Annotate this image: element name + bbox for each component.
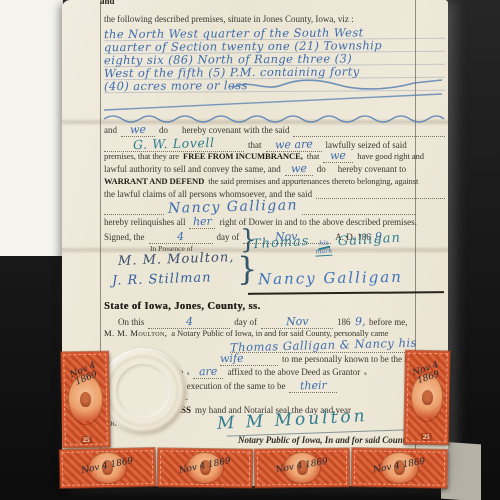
- background-light-area: [0, 0, 63, 256]
- revenue-stamp-left-vertical: Nov 4 1869 25: [61, 352, 110, 448]
- premises-intro-line: the following described premises, situat…: [104, 14, 354, 24]
- handwritten-are: are: [199, 365, 218, 378]
- relinquish-pre: hereby relinquishes all: [104, 217, 185, 227]
- covenant-line-4: lawful authority to sell and convey the …: [104, 162, 445, 176]
- witness-1-name: M. M. Moulton,: [118, 250, 235, 269]
- revenue-stamp-bottom-4: Nov 4 1869: [352, 448, 448, 488]
- witness-signature-2: J. R. Stillman: [112, 272, 212, 287]
- that-word-2: that: [307, 151, 320, 161]
- stamp-denomination: 25: [421, 433, 432, 441]
- grantor-1-first: Thomas: [252, 234, 310, 252]
- handwritten-we-3: we: [291, 162, 307, 175]
- revenue-stamp-bottom-2: Nov 4 1869: [158, 448, 253, 487]
- embossed-notary-seal: [100, 348, 186, 434]
- notary-name: M. M. Moulton,: [104, 328, 167, 338]
- grantor-2-signature: Nancy Galligan: [258, 269, 403, 287]
- premises-intro-text: the following described premises, situat…: [104, 14, 354, 24]
- covenant-line-5: WARRANT AND DEFEND the said premises and…: [104, 176, 445, 186]
- fill-blank: we: [285, 162, 313, 176]
- fill-blank: 4: [148, 315, 230, 329]
- before-me: before me,: [369, 317, 407, 327]
- do-word: do: [159, 125, 168, 135]
- handwritten-her: her: [193, 215, 212, 228]
- premises-text: premises, that they are: [104, 151, 179, 161]
- fill-blank: are: [193, 365, 223, 379]
- handwritten-their: their: [300, 379, 327, 393]
- covenant-line-3: premises, that they are FREE FROM INCUMB…: [104, 149, 445, 163]
- grantor-1-signature: Thomas his mark Galligan: [252, 231, 401, 258]
- dower-name-handwritten: Nancy Galligan: [168, 197, 298, 216]
- revenue-stamp-bottom-3: Nov 4 1869: [255, 449, 349, 488]
- authority-text: lawful authority to sell and convey the …: [104, 164, 281, 174]
- grantor-1-last: Galligan: [337, 231, 401, 250]
- seal-inner-ring: [116, 364, 170, 418]
- free-from-incumbrance: FREE FROM INCUMBRANCE,: [183, 151, 303, 161]
- state-county-line: State of Iowa, Jones, County, ss.: [104, 301, 260, 312]
- covenant-line-1: and we do hereby covenant with the said: [104, 123, 445, 137]
- handwritten-wife: wife: [220, 352, 244, 366]
- fill-blank: Nov: [261, 315, 333, 329]
- plural-s-3: s: [364, 371, 366, 377]
- on-this-line: On this 4 day of Nov 186 9, before me,: [118, 315, 445, 329]
- covenant-line-7: hereby relinquishes all her right of Dow…: [104, 215, 445, 229]
- fill-blank: her: [189, 215, 215, 229]
- fill-blank: we: [323, 149, 353, 163]
- mark-word: mark: [315, 248, 333, 257]
- good-right-text: have good right and: [357, 151, 424, 161]
- revenue-stamp-right-vertical: Nov 4 1869 25: [404, 351, 450, 445]
- handwritten-we: we: [130, 123, 146, 136]
- stamp-portrait-head: [80, 391, 91, 406]
- stamp-portrait-head: [421, 389, 432, 404]
- year-pre: 186: [337, 317, 351, 327]
- do-word-2: do: [317, 164, 326, 174]
- cut-off-text-fragment: and: [100, 0, 115, 6]
- deed-document: and the following described premises, si…: [62, 0, 448, 486]
- witness-2-name: J. R. Stillman: [112, 270, 212, 288]
- notary-title-line: Notary Public of Iowa, In and for said C…: [238, 435, 411, 445]
- ink-flourish: [104, 82, 445, 124]
- notary-signature: M M Moulton: [217, 410, 368, 430]
- plural-s-2: s: [187, 371, 189, 377]
- state-county-text: State of Iowa, Jones, County, ss.: [104, 301, 260, 312]
- warrant-and-defend: WARRANT AND DEFEND: [104, 176, 204, 186]
- covenant-text: hereby covenant with the said: [182, 125, 289, 135]
- witness-signature-1: M. M. Moulton,: [118, 252, 234, 267]
- photo-of-deed: and the following described premises, si…: [0, 0, 500, 500]
- notary-signature-text: M M Moulton: [217, 406, 369, 434]
- revenue-stamp-bottom-1: Nov 4 1869: [60, 448, 156, 488]
- and-word: and: [104, 125, 117, 135]
- fill-blank: we: [121, 123, 155, 137]
- day-of-2: day of: [234, 317, 257, 327]
- day-of: day of: [217, 232, 240, 242]
- handwritten-we-2: we: [330, 149, 346, 162]
- stamp-denomination: 25: [81, 436, 92, 444]
- affixed-text: affixed to the above Deed as Grantor: [227, 367, 360, 377]
- handwritten-month-2: Nov: [286, 315, 309, 329]
- fill-blank: their: [289, 379, 337, 393]
- handwritten-day: 4: [177, 230, 184, 243]
- dower-name-line: Nancy Galligan: [104, 199, 415, 215]
- signed-the: Signed, the: [104, 232, 145, 242]
- handwritten-day-2: 4: [186, 315, 193, 328]
- his-mark-stack: his mark: [313, 240, 334, 256]
- notary-title-text: Notary Public of Iowa, In and for said C…: [238, 435, 411, 445]
- fill-blank: 4: [149, 230, 213, 244]
- covenant-to-text: hereby covenant to: [338, 164, 406, 174]
- fill-blank: wife: [220, 352, 278, 366]
- grantor-2-name: Nancy Galligan: [258, 268, 403, 289]
- warrant-rest: the said premises and appurtenances ther…: [208, 176, 418, 186]
- on-this: On this: [118, 317, 144, 327]
- handwritten-year-2: 9,: [354, 315, 365, 328]
